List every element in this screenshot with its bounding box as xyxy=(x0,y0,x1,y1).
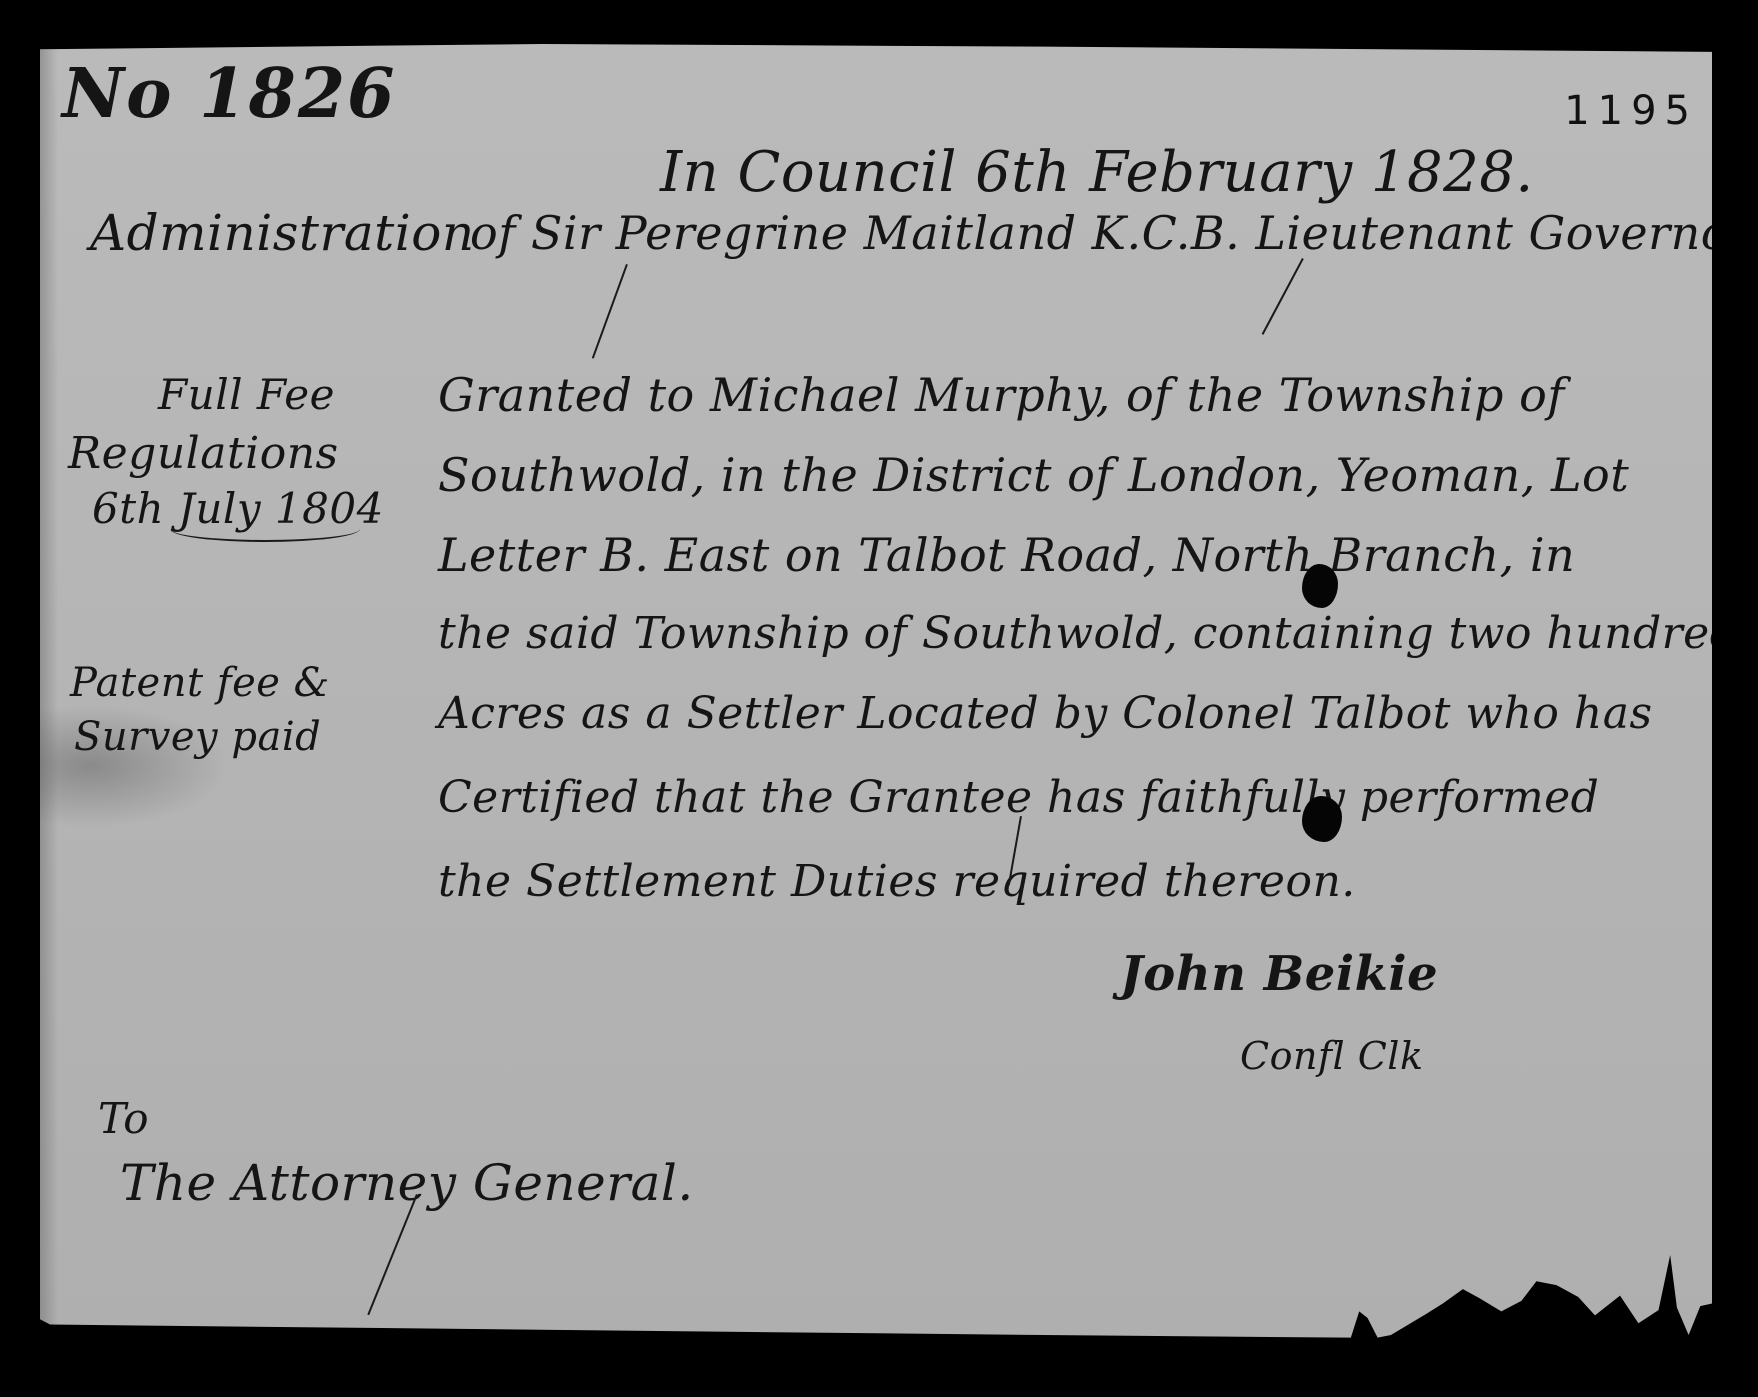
document-scan: No 1826 1195 In Council 6th February 182… xyxy=(0,0,1758,1397)
body-line-6: Certified that the Grantee has faithfull… xyxy=(438,772,1599,823)
administration-label: Administration xyxy=(90,204,475,262)
margin-payment-line-1: Patent fee & xyxy=(70,660,330,706)
record-number: No 1826 xyxy=(62,54,396,134)
paper-sheet: No 1826 1195 In Council 6th February 182… xyxy=(40,44,1712,1356)
margin-fee-line-2: Regulations xyxy=(68,428,339,479)
flourish-stroke xyxy=(592,264,628,359)
addressee-to: To xyxy=(98,1094,149,1143)
ink-blot xyxy=(1302,564,1338,608)
body-line-7: the Settlement Duties required thereon. xyxy=(438,856,1356,907)
fee-note-flourish xyxy=(170,516,360,542)
body-line-2: Southwold, in the District of London, Ye… xyxy=(438,448,1629,502)
council-date-heading: In Council 6th February 1828. xyxy=(660,140,1534,205)
flourish-stroke xyxy=(1262,258,1304,335)
flourish-stroke xyxy=(367,1194,418,1315)
body-line-5: Acres as a Settler Located by Colonel Ta… xyxy=(438,688,1653,739)
archive-page-number: 1195 xyxy=(1564,88,1698,134)
governor-line: of Sir Peregrine Maitland K.C.B. Lieuten… xyxy=(470,206,1758,260)
margin-fee-line-1: Full Fee xyxy=(158,370,335,419)
addressee-name: The Attorney General. xyxy=(120,1154,694,1212)
signature-title: Confl Clk xyxy=(1240,1034,1423,1078)
margin-payment-line-2: Survey paid xyxy=(74,714,321,760)
body-line-1: Granted to Michael Murphy, of the Townsh… xyxy=(438,368,1565,422)
body-line-3: Letter B. East on Talbot Road, North Bra… xyxy=(438,528,1575,582)
body-line-4: the said Township of Southwold, containi… xyxy=(438,608,1738,659)
ink-blot xyxy=(1302,796,1342,842)
signature-name: John Beikie xyxy=(1120,946,1438,1002)
